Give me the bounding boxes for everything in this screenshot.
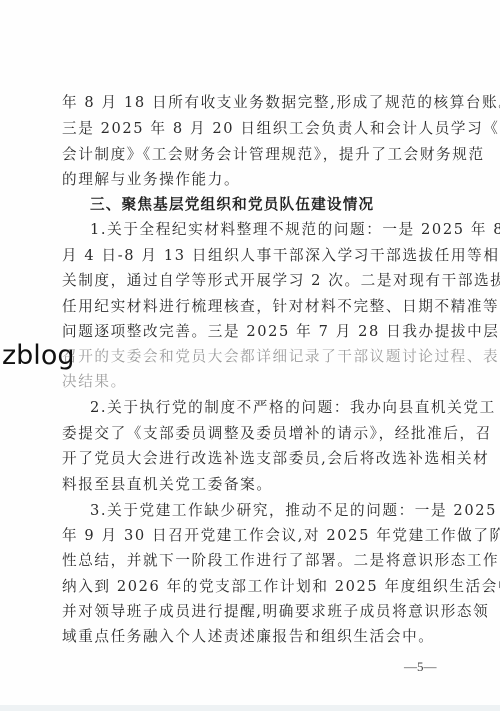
- text-line: 决结果。: [62, 373, 440, 391]
- text-line: 月 4 日-8 月 13 日组织人事干部深入学习干部选拔任用等相: [62, 247, 440, 265]
- paragraph-2-start: 2.关于执行党的制度不严格的问题：我办向县直机关党工: [90, 399, 440, 417]
- text-line: 关制度，通过自学等形式开展学习 2 次。二是对现有干部选拔: [62, 272, 440, 290]
- text-line: 召开的支委会和党员大会都详细记录了干部议题讨论过程、表: [62, 348, 440, 366]
- text-line: 年 9 月 30 日召开党建工作会议,对 2025 年党建工作做了阶段: [62, 527, 440, 545]
- document-page: 年 8 月 18 日所有收支业务数据完整,形成了规范的核算台账。 三是 2025…: [0, 0, 500, 705]
- page-number: —5—: [404, 659, 437, 675]
- text-line: 性总结，并就下一阶段工作进行了部署。二是将意识形态工作: [62, 552, 440, 570]
- text-line: 任用纪实材料进行梳理核查，针对材料不完整、日期不精准等: [62, 298, 440, 316]
- text-line: 开了党员大会进行改选补选支部委员,会后将改选补选相关材: [62, 450, 440, 468]
- page-bottom-edge: [0, 705, 500, 711]
- text-line: 并对领导班子成员进行提醒,明确要求班子成员将意识形态领: [62, 603, 440, 621]
- paragraph-3-start: 3.关于党建工作缺少研究，推动不足的问题：一是 2025: [90, 502, 440, 520]
- section-heading: 三、聚焦基层党组织和党员队伍建设情况: [90, 196, 440, 214]
- watermark: zblog: [2, 341, 74, 371]
- paragraph-1-start: 1.关于全程纪实材料整理不规范的问题：一是 2025 年 8: [90, 221, 440, 239]
- text-line: 年 8 月 18 日所有收支业务数据完整,形成了规范的核算台账。: [62, 94, 440, 112]
- text-line: 的理解与业务操作能力。: [62, 171, 440, 189]
- text-line: 委提交了《支部委员调整及委员增补的请示》，经批准后，召: [62, 425, 440, 443]
- text-line: 纳入到 2026 年的党支部工作计划和 2025 年度组织生活会中，: [62, 578, 440, 596]
- text-line: 问题逐项整改完善。三是 2025 年 7 月 28 日我办提拔中层干部，: [62, 323, 440, 341]
- text-line: 三是 2025 年 8 月 20 日组织工会负责人和会计人员学习《工会: [62, 120, 440, 138]
- text-line: 域重点任务融入个人述责述廉报告和组织生活会中。: [62, 628, 440, 646]
- text-line: 会计制度》《工会财务会计管理规范》，提升了工会财务规范: [62, 146, 440, 164]
- text-line: 料报至县直机关党工委备案。: [62, 476, 440, 494]
